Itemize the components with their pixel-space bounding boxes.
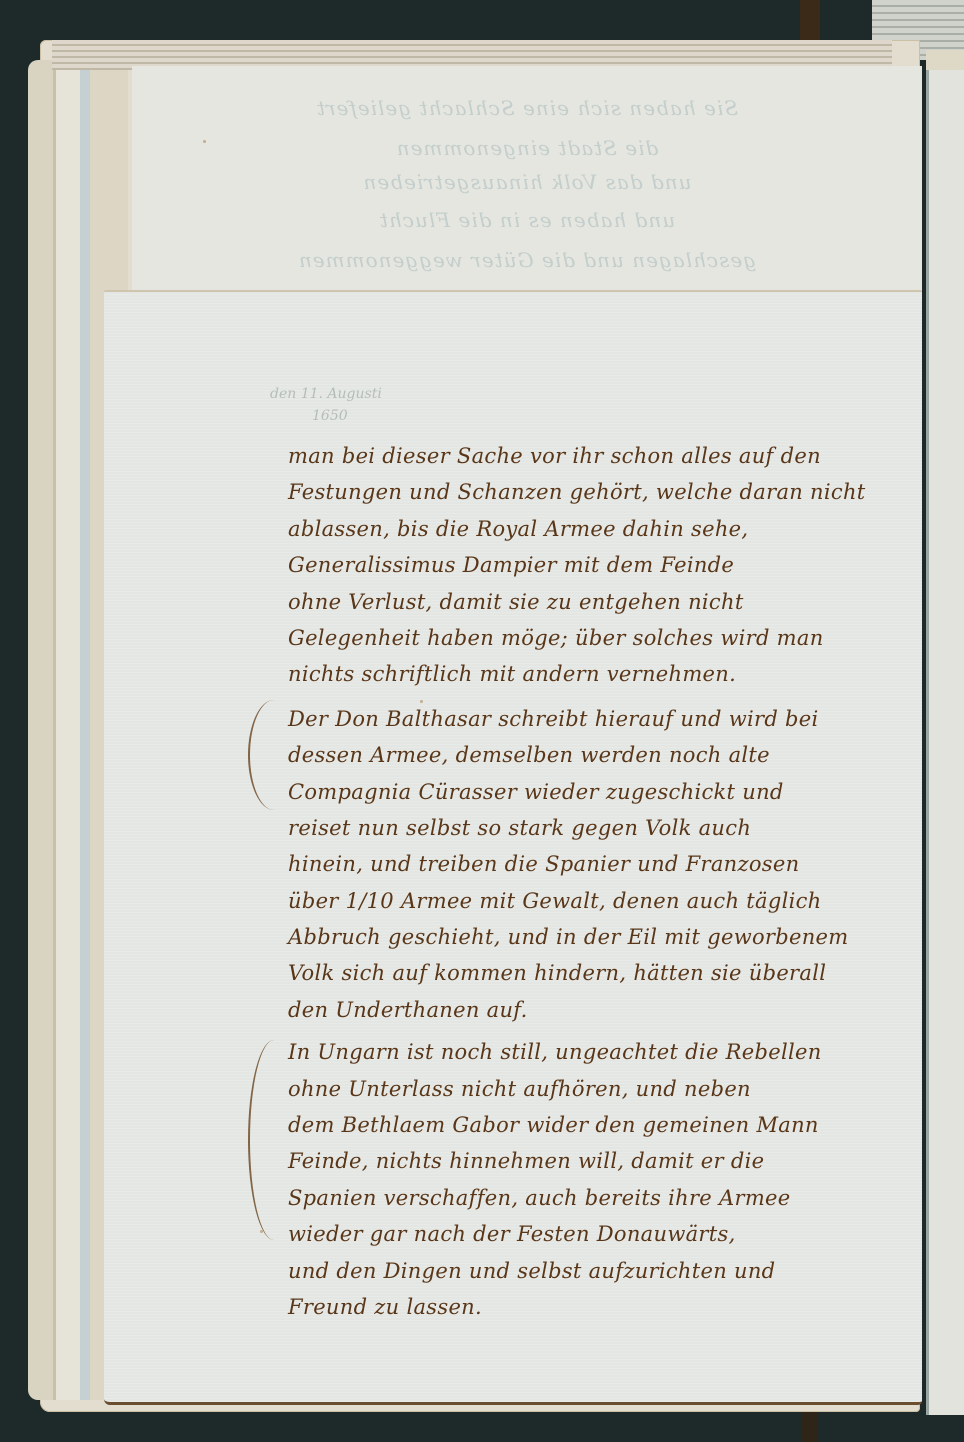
text-line: den Underthanen auf. (288, 992, 908, 1028)
text-line: und den Dingen und selbst aufzurichten u… (288, 1253, 908, 1289)
text-line: Gelegenheit haben möge; über solches wir… (288, 620, 908, 656)
text-line: ablassen, bis die Royal Armee dahin sehe… (288, 511, 908, 547)
text-line: nichts schriftlich mit andern vernehmen. (288, 656, 908, 692)
text-line: Spanien verschaffen, auch bereits ihre A… (288, 1180, 908, 1216)
text-line: ohne Unterlass nicht aufhören, und neben (288, 1071, 908, 1107)
text-line: ohne Verlust, damit sie zu entgehen nich… (288, 584, 908, 620)
paragraph-2: Der Don Balthasar schreibt hierauf und w… (288, 701, 908, 1029)
faint-year-note: 1650 (312, 408, 348, 424)
text-line: Der Don Balthasar schreibt hierauf und w… (288, 701, 908, 737)
text-line: Abbruch geschieht, und in der Eil mit ge… (288, 919, 908, 955)
handwritten-text: man bei dieser Sache vor ihr schon alles… (288, 438, 908, 1325)
underlying-sheet: Sie haben sich eine Schlacht geliefert d… (132, 66, 922, 306)
bleedthrough-line: geschlagen und die Güter weggenommen (132, 248, 922, 272)
text-line: man bei dieser Sache vor ihr schon alles… (288, 438, 908, 474)
faint-date-note: den 11. Augusti (270, 386, 382, 402)
text-line: Volk sich auf kommen hindern, hätten sie… (288, 955, 908, 991)
bleedthrough-line: und das Volk hinausgetrieben (132, 170, 922, 194)
text-line: reiset nun selbst so stark gegen Volk au… (288, 810, 908, 846)
text-line: wieder gar nach der Festen Donauwärts, (288, 1216, 908, 1252)
paragraph-3: In Ungarn ist noch still, ungeachtet die… (288, 1034, 908, 1325)
bleedthrough-line: die Stadt eingenommen (132, 136, 922, 160)
text-line: Festungen und Schanzen gehört, welche da… (288, 474, 908, 510)
binding-clip-top (800, 0, 820, 40)
text-line: dessen Armee, demselben werden noch alte (288, 737, 908, 773)
text-line: hinein, und treiben die Spanier und Fran… (288, 846, 908, 882)
text-line: In Ungarn ist noch still, ungeachtet die… (288, 1034, 908, 1070)
bleedthrough-line: und haben es in die Flucht (132, 208, 922, 232)
text-line: Feinde, nichts hinnehmen will, damit er … (288, 1143, 908, 1179)
text-line: Freund zu lassen. (288, 1289, 908, 1325)
text-line: über 1/10 Armee mit Gewalt, denen auch t… (288, 883, 908, 919)
text-line: dem Bethlaem Gabor wider den gemeinen Ma… (288, 1107, 908, 1143)
bleedthrough-line: Sie haben sich eine Schlacht geliefert (132, 96, 922, 120)
text-line: Compagnia Cürasser wieder zugeschickt un… (288, 774, 908, 810)
paragraph-1: man bei dieser Sache vor ihr schon alles… (288, 438, 908, 693)
foxing-spot (203, 140, 206, 143)
text-line: Generalissimus Dampier mit dem Feinde (288, 547, 908, 583)
facing-page (926, 70, 964, 1415)
